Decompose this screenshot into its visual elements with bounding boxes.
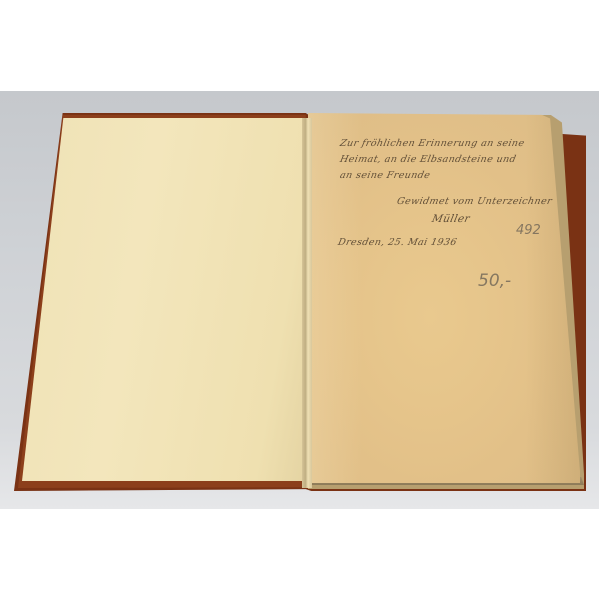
- inscription-closing: Gewidmet vom Unterzeichner: [396, 196, 553, 207]
- inscription-line-3: an seine Freunde: [339, 170, 432, 181]
- book-photo: Zur fröhlichen Erinnerung an seine Heima…: [0, 91, 599, 509]
- inscription-line-1: Zur fröhlichen Erinnerung an seine: [339, 138, 526, 149]
- pencil-price: 50,-: [478, 271, 511, 291]
- right-flyleaf: [308, 113, 580, 483]
- left-endpaper: [22, 118, 307, 481]
- inscription-signature: Müller: [431, 213, 471, 225]
- inscription-place-date: Dresden, 25. Mai 1936: [337, 237, 458, 248]
- book-gutter: [302, 118, 312, 488]
- inscription-line-2: Heimat, an die Elbsandsteine und: [339, 154, 517, 165]
- pencil-number: 492: [516, 223, 541, 238]
